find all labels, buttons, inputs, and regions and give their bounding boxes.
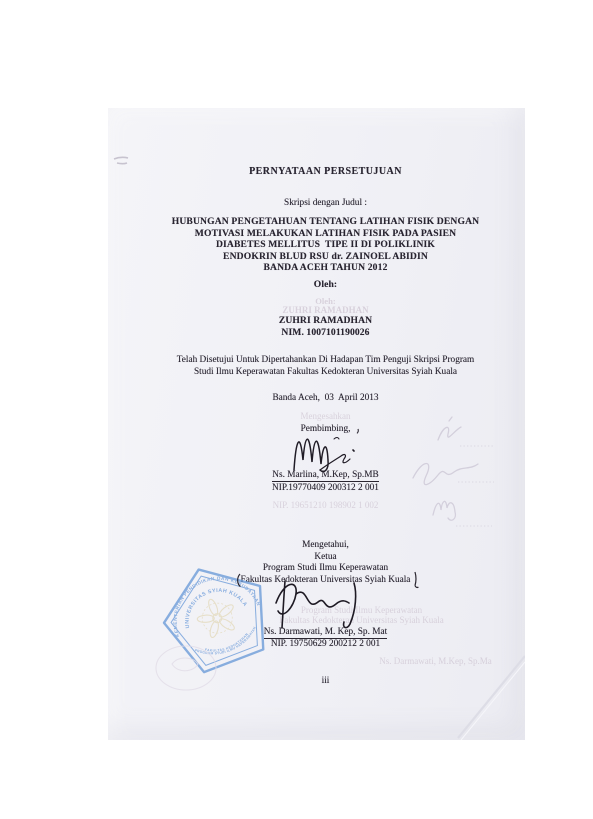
- scan-artifacts: [108, 108, 525, 740]
- pen-bracket-left: [238, 574, 241, 587]
- ghost-signatures: [413, 417, 478, 520]
- document-page: Oleh: ZUHRI RAMADHAN Mengesahkan NIP. 19…: [108, 108, 525, 740]
- pen-comma-mark: [357, 429, 358, 433]
- scanned-approval-page: { "document": { "heading": "PERNYATAAN P…: [0, 0, 593, 819]
- paper-crease: [458, 656, 525, 740]
- pencil-mark: [114, 157, 128, 163]
- pen-bracket-right: [415, 572, 418, 587]
- ghost-dotted-lines: [456, 446, 494, 526]
- ghost-stamp: [156, 646, 216, 690]
